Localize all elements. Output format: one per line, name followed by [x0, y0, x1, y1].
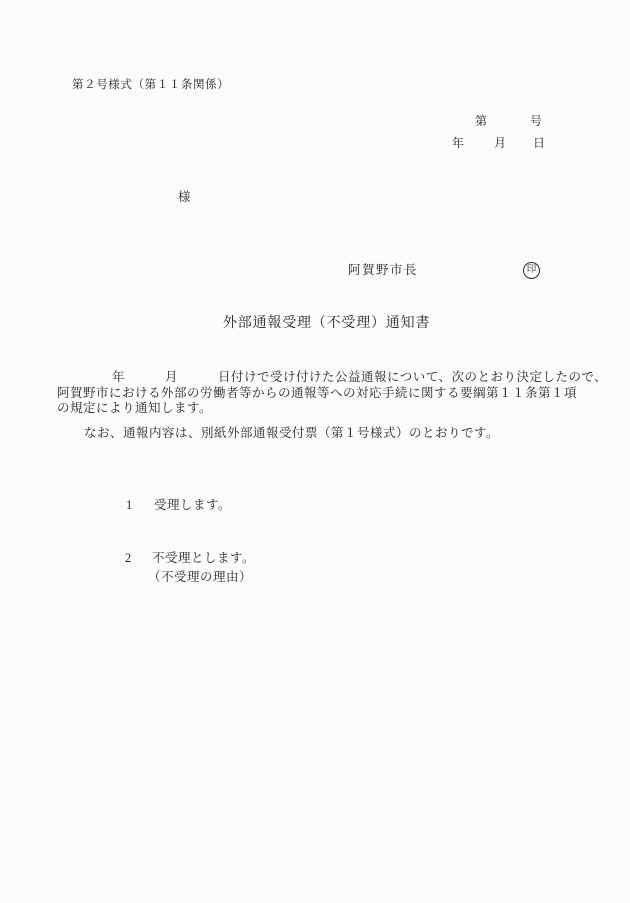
- date-year-label: 年: [452, 136, 464, 151]
- option-reject-number: 2: [125, 551, 132, 567]
- attachment-note: なお、通報内容は、別紙外部通報受付票（第１号様式）のとおりです。: [84, 426, 499, 442]
- document-number-prefix: 第: [475, 114, 487, 129]
- option-reject-label: 不受理とします。: [152, 551, 255, 567]
- rejection-reason-heading: （不受理の理由）: [148, 570, 252, 586]
- option-accept: 1 受理します。: [0, 498, 630, 514]
- option-reject: 2 不受理とします。: [0, 551, 630, 567]
- seal-mark-icon: 印: [523, 262, 540, 279]
- notice-document-page: 第２号様式（第１１条関係） 第 号 年 月 日 様 阿賀野市長 印 外部通報受理…: [0, 0, 630, 903]
- document-number-suffix: 号: [530, 114, 542, 129]
- option-accept-label: 受理します。: [154, 498, 231, 514]
- body-month-label: 月: [165, 370, 178, 386]
- body-line-1-text: 日付けで受け付けた公益通報について、次のとおり決定したので、: [218, 370, 607, 386]
- date-month-label: 月: [494, 136, 506, 151]
- addressee-honorific: 様: [178, 190, 192, 206]
- date-day-label: 日: [533, 136, 545, 151]
- body-paragraph-line-1: 年 月 日付けで受け付けた公益通報について、次のとおり決定したので、: [0, 370, 630, 386]
- document-number-line: 第 号: [0, 114, 630, 130]
- date-line: 年 月 日: [0, 136, 630, 152]
- document-title: 外部通報受理（不受理）通知書: [223, 315, 430, 333]
- body-paragraph-line-2: 阿賀野市における外部の労働者等からの通報等への対応手続に関する要綱第１１条第１項: [57, 386, 577, 402]
- form-number-label: 第２号様式（第１１条関係）: [72, 78, 229, 92]
- body-year-label: 年: [112, 370, 125, 386]
- sender-title: 阿賀野市長: [348, 263, 418, 279]
- option-accept-number: 1: [126, 498, 133, 514]
- body-paragraph-line-3: の規定により通知します。: [57, 401, 212, 417]
